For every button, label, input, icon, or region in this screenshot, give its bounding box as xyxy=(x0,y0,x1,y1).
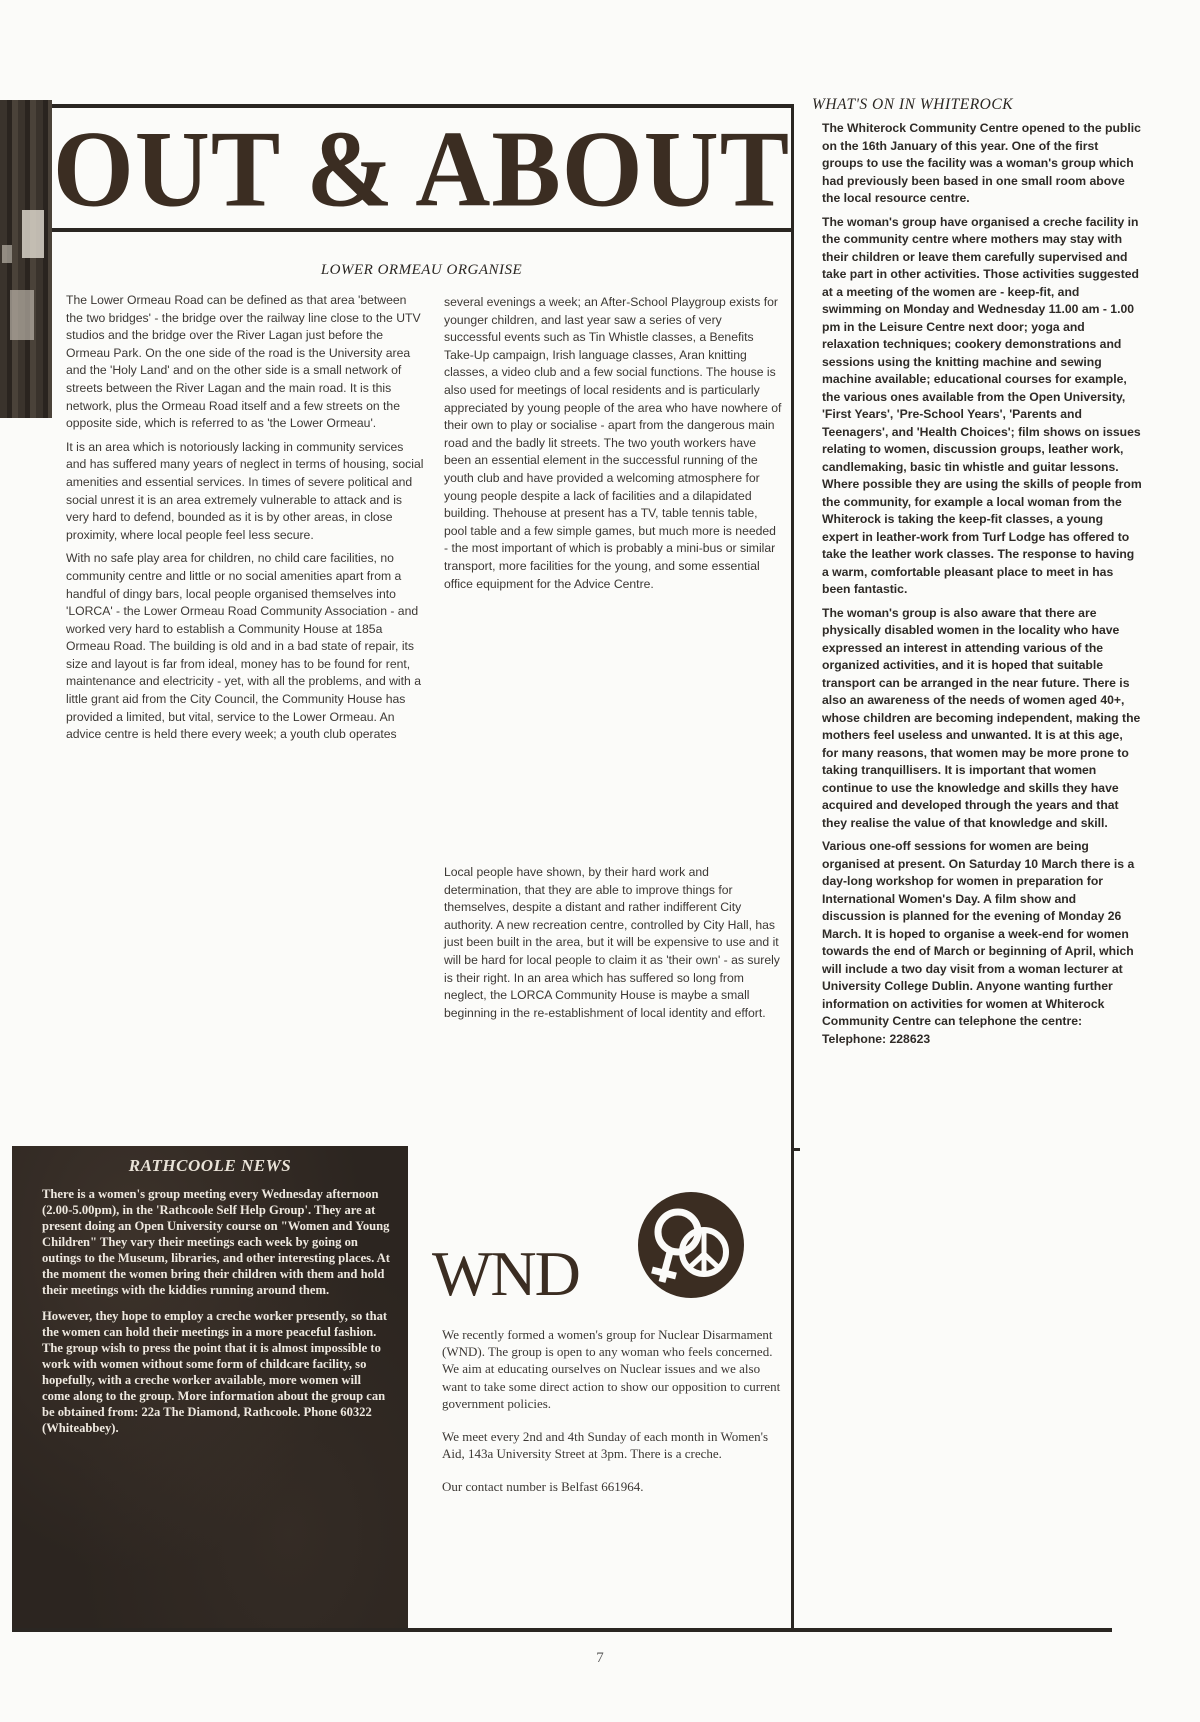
divider xyxy=(794,1148,800,1151)
lower-ormeau-heading: LOWER ORMEAU ORGANISE xyxy=(52,262,791,279)
photo-detail xyxy=(10,290,34,340)
wnd-logo: WND xyxy=(432,1242,579,1306)
paragraph: The Whiterock Community Centre opened to… xyxy=(822,120,1142,208)
paragraph: There is a women's group meeting every W… xyxy=(42,1186,392,1298)
photo-strip-image xyxy=(0,100,52,418)
page-number: 7 xyxy=(0,1650,1200,1667)
rathcoole-heading: RATHCOOLE NEWS xyxy=(12,1156,408,1176)
bottom-rule xyxy=(12,1628,1112,1632)
paragraph: We recently formed a women's group for N… xyxy=(442,1326,782,1412)
whiterock-body: The Whiterock Community Centre opened to… xyxy=(822,120,1142,1054)
photo-detail xyxy=(2,245,12,263)
page-title: OUT & ABOUT xyxy=(52,115,791,224)
wnd-body: We recently formed a women's group for N… xyxy=(442,1326,782,1512)
paragraph: The Lower Ormeau Road can be defined as … xyxy=(66,292,426,433)
rathcoole-news-box: RATHCOOLE NEWS There is a women's group … xyxy=(12,1146,408,1630)
rathcoole-body: There is a women's group meeting every W… xyxy=(42,1186,392,1446)
paragraph: However, they hope to employ a creche wo… xyxy=(42,1308,392,1436)
paragraph: Our contact number is Belfast 661964. xyxy=(442,1478,782,1495)
paragraph: several evenings a week; an After-School… xyxy=(444,294,782,593)
paragraph: The woman's group have organised a crech… xyxy=(822,214,1142,599)
lower-ormeau-column-a: The Lower Ormeau Road can be defined as … xyxy=(66,292,426,750)
whiterock-heading: WHAT'S ON IN WHITEROCK xyxy=(812,96,1013,114)
wnd-article: WND We recently formed a women's group f… xyxy=(408,1150,794,1628)
paragraph: It is an area which is notoriously lacki… xyxy=(66,439,426,545)
lower-ormeau-column-b: several evenings a week; an After-School… xyxy=(444,294,782,599)
paragraph: The woman's group is also aware that the… xyxy=(822,605,1142,833)
paragraph: Various one-off sessions for women are b… xyxy=(822,838,1142,1048)
lower-ormeau-column-b-continued: Local people have shown, by their hard w… xyxy=(444,864,782,1028)
paragraph: With no safe play area for children, no … xyxy=(66,550,426,744)
masthead: OUT & ABOUT xyxy=(52,104,794,232)
photo-detail xyxy=(22,210,44,258)
female-peace-symbol-icon xyxy=(636,1190,746,1300)
paragraph: We meet every 2nd and 4th Sunday of each… xyxy=(442,1428,782,1462)
paragraph: Local people have shown, by their hard w… xyxy=(444,864,782,1022)
